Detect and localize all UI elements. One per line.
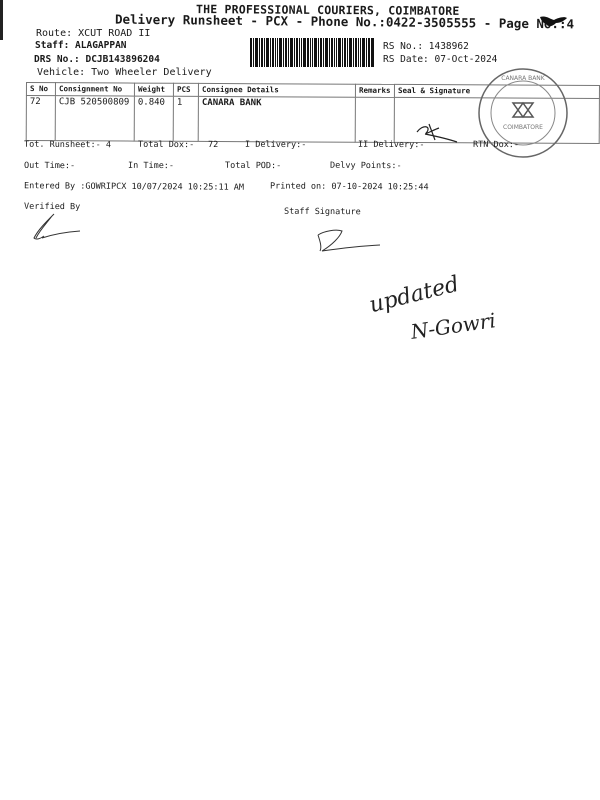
staff-signature-label: Staff Signature bbox=[284, 207, 361, 218]
col-consignment-no: Consignment No bbox=[55, 83, 134, 96]
printed-on: Printed on: 07-10-2024 10:25:44 bbox=[270, 181, 429, 192]
barcode-icon bbox=[250, 38, 374, 67]
out-time: Out Time:- bbox=[24, 161, 75, 171]
i-delivery: I Delivery:- bbox=[245, 140, 306, 150]
rtn-dox: RTN Dox:- bbox=[473, 140, 519, 150]
col-weight: Weight bbox=[134, 83, 173, 96]
svg-text:COIMBATORE: COIMBATORE bbox=[503, 124, 543, 131]
cell-weight: 0.840 bbox=[134, 96, 173, 141]
cell-remarks bbox=[355, 97, 394, 142]
scan-edge bbox=[0, 0, 3, 40]
cell-consignee: CANARA BANK bbox=[198, 96, 355, 142]
ink-blot-icon bbox=[538, 14, 568, 28]
staff-signature-icon bbox=[310, 225, 385, 255]
svg-text:CANARA BANK: CANARA BANK bbox=[501, 75, 546, 82]
ii-delivery: II Delivery:- bbox=[358, 140, 425, 150]
tot-runsheet: Tot. Runsheet:- 4 bbox=[24, 140, 111, 151]
drs-number: DRS No.: DCJB143896204 bbox=[34, 54, 160, 65]
rs-number: RS No.: 1438962 bbox=[383, 41, 469, 52]
handwritten-note: updated N-Gowri bbox=[360, 262, 540, 342]
staff-field: Staff: ALAGAPPAN bbox=[35, 40, 127, 51]
col-s-no: S No bbox=[26, 83, 55, 96]
cell-pcs: 1 bbox=[173, 96, 198, 141]
total-pod: Total POD:- bbox=[225, 161, 281, 171]
verified-by-label: Verified By bbox=[24, 202, 80, 212]
runsheet-subtitle: Delivery Runsheet - PCX - Phone No.:0422… bbox=[115, 12, 574, 32]
total-dox-label: Total Dox:- bbox=[138, 140, 194, 150]
col-remarks: Remarks bbox=[355, 84, 394, 97]
handwritten-updated: updated bbox=[367, 272, 462, 318]
in-time: In Time:- bbox=[128, 161, 174, 171]
route-field: Route: XCUT ROAD II bbox=[36, 28, 150, 39]
cell-s-no: 72 bbox=[26, 96, 55, 141]
rs-date: RS Date: 07-Oct-2024 bbox=[383, 54, 497, 65]
verifier-signature-icon bbox=[30, 212, 90, 244]
cell-consignment-no: CJB 520500809 bbox=[55, 96, 134, 141]
col-pcs: PCS bbox=[173, 83, 198, 96]
col-consignee: Consignee Details bbox=[198, 83, 355, 97]
vehicle-field: Vehicle: Two Wheeler Delivery bbox=[37, 67, 212, 78]
total-dox-value: 72 bbox=[208, 140, 218, 150]
entered-by: Entered By :GOWRIPCX 10/07/2024 10:25:11… bbox=[24, 181, 244, 193]
delvy-points: Delvy Points:- bbox=[330, 161, 402, 172]
handwritten-name: N-Gowri bbox=[408, 308, 497, 342]
